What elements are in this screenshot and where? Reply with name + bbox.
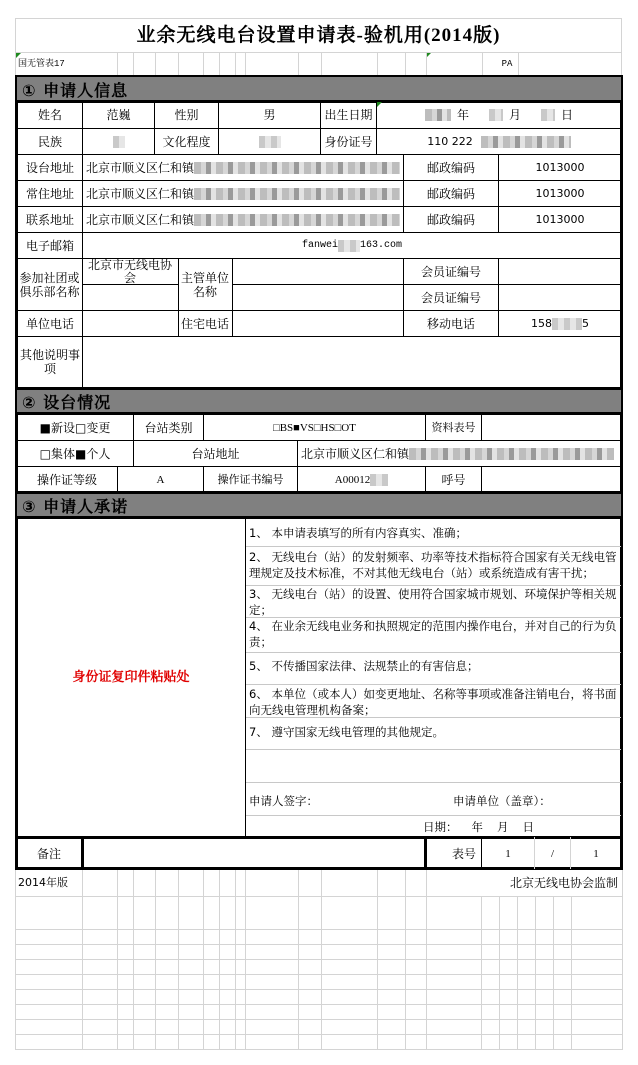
member-no-label-2: 会员证编号 — [404, 285, 498, 310]
birth-day-label: 日 — [561, 108, 573, 122]
callsign-value[interactable] — [482, 467, 621, 492]
date-label: 日期： — [423, 820, 458, 834]
email-label: 电子邮箱 — [18, 233, 82, 258]
unit-seal-label: 申请单位（盖章）： — [450, 785, 620, 816]
club-value[interactable]: 北京市无线电协会 — [83, 259, 177, 284]
sheet-separator: / — [535, 839, 570, 868]
promise-item-4: 4、 在业余无线电业务和执照规定的范围内操作电台，并对自己的行为负责； — [247, 618, 621, 652]
birth-date-value[interactable]: 年 月 日 — [377, 102, 621, 128]
postcode-label-2: 邮政编码 — [404, 181, 498, 206]
date-month-label: 月 — [497, 820, 509, 834]
birth-date-label: 出生日期 — [321, 102, 376, 128]
mobile-prefix: 158 — [531, 317, 552, 331]
form-code: 国无管表17 — [15, 53, 115, 75]
education-value[interactable] — [219, 129, 320, 154]
cert-no-prefix: A00012 — [335, 473, 370, 487]
redacted-month — [489, 109, 503, 121]
station-category-checkbox[interactable]: □BS■VS□HS□OT — [204, 415, 425, 440]
gender-value[interactable]: 男 — [219, 102, 320, 128]
mobile-suffix: 5 — [582, 317, 589, 331]
setup-type-checkbox[interactable]: ■新设□变更 — [17, 415, 133, 440]
redacted-id — [481, 136, 571, 148]
data-table-label: 资料表号 — [426, 415, 481, 440]
birth-year-label: 年 — [457, 108, 469, 122]
birth-month-label: 月 — [509, 108, 521, 122]
gender-label: 性别 — [155, 102, 218, 128]
section-promise-header: ③ 申请人承诺 — [17, 494, 621, 517]
other-notes-value[interactable] — [83, 337, 621, 387]
cert-level-value[interactable]: A — [118, 467, 203, 492]
redacted-address — [409, 448, 614, 460]
redacted-mobile — [552, 318, 582, 330]
club-label: 参加社团或俱乐部名称 — [17, 259, 82, 310]
postcode-label-1: 邮政编码 — [404, 155, 498, 180]
redacted-address — [194, 162, 400, 174]
redacted-year — [425, 109, 451, 121]
remark-value[interactable] — [84, 839, 424, 868]
id-number-label: 身份证号 — [321, 129, 376, 154]
education-label: 文化程度 — [155, 129, 218, 154]
mobile-label: 移动电话 — [404, 311, 498, 336]
residence-address-text: 北京市顺义区仁和镇 — [86, 187, 194, 201]
redacted-education — [259, 136, 281, 148]
contact-address-label: 联系地址 — [18, 207, 82, 232]
residence-address-value[interactable]: 北京市顺义区仁和镇 — [83, 181, 403, 206]
mobile-value[interactable]: 158 5 — [499, 311, 621, 336]
redacted-cert-no — [370, 474, 388, 486]
member-no-value-2[interactable] — [499, 285, 621, 310]
home-phone-value[interactable] — [233, 311, 403, 336]
member-no-value-1[interactable] — [499, 259, 621, 284]
supervisor-value-1[interactable] — [233, 259, 403, 284]
home-phone-label: 住宅电话 — [179, 311, 231, 336]
club-value-2[interactable] — [83, 285, 177, 310]
redacted-address — [194, 188, 400, 200]
id-number-value[interactable]: 110 222 — [377, 129, 621, 154]
redacted-address — [194, 214, 400, 226]
callsign-label: 呼号 — [426, 467, 481, 492]
id-number-prefix: 110 222 — [427, 135, 473, 149]
sign-date[interactable]: 日期： 年 月 日 — [420, 816, 620, 837]
remark-label: 备注 — [17, 839, 81, 868]
page-title: 业余无线电台设置申请表-验机用(2014版) — [15, 19, 622, 52]
section-station-header: ② 设台情况 — [17, 390, 621, 413]
section-applicant-header: ① 申请人信息 — [17, 77, 621, 101]
station-address-value[interactable]: 北京市顺义区仁和镇 — [83, 155, 403, 180]
promise-item-3: 3、 无线电台（站）的设置、使用符合国家城市规划、环境保护等相关规定； — [247, 586, 621, 617]
applicant-signature-label: 申请人签字： — [246, 785, 396, 816]
sheet-total[interactable]: 1 — [571, 839, 621, 868]
promise-item-2: 2、 无线电台（站）的发射频率、功率等技术指标符合国家有关无线电管理规定及技术标… — [247, 549, 621, 585]
promise-item-6: 6、 本单位（或本人）如变更地址、名称等事项或准备注销电台，将书面向无线电管理机… — [247, 686, 621, 718]
supervisor-value-2[interactable] — [233, 285, 403, 310]
email-value[interactable]: fanwei 163.com — [83, 233, 621, 258]
station-address-label-2: 台站地址 — [134, 441, 297, 466]
postcode-value-1[interactable]: 1013000 — [499, 155, 621, 180]
ownership-checkbox[interactable]: □集体■个人 — [17, 441, 133, 466]
residence-address-label: 常住地址 — [18, 181, 82, 206]
form-code-right: PA — [482, 53, 532, 75]
cert-level-label: 操作证等级 — [17, 467, 117, 492]
member-no-label-1: 会员证编号 — [404, 259, 498, 284]
sheet-current[interactable]: 1 — [482, 839, 534, 868]
other-notes-label: 其他说明事项 — [18, 337, 82, 387]
promise-item-5: 5、 不传播国家法律、法规禁止的有害信息； — [247, 653, 621, 685]
id-copy-paste-area[interactable]: 身份证复印件粘贴处 — [17, 519, 245, 837]
redacted-ethnicity — [113, 136, 125, 148]
contact-address-value[interactable]: 北京市顺义区仁和镇 — [83, 207, 403, 232]
station-address-text-2: 北京市顺义区仁和镇 — [301, 447, 409, 461]
date-day-label: 日 — [523, 820, 535, 834]
promise-item-7: 7、 遵守国家无线电管理的其他规定。 — [247, 720, 621, 748]
postcode-value-3[interactable]: 1013000 — [499, 207, 621, 232]
contact-address-text: 北京市顺义区仁和镇 — [86, 213, 194, 227]
supervisor-credit: 北京无线电协会监制 — [426, 870, 622, 896]
work-phone-label: 单位电话 — [18, 311, 82, 336]
sheet-no-label: 表号 — [427, 839, 480, 868]
promise-item-1: 1、 本申请表填写的所有内容真实、准确； — [247, 520, 621, 546]
station-category-label: 台站类别 — [134, 415, 203, 440]
data-table-value[interactable] — [482, 415, 621, 440]
cert-no-label: 操作证书编号 — [204, 467, 297, 492]
ethnicity-value[interactable] — [83, 129, 154, 154]
station-address-text: 北京市顺义区仁和镇 — [86, 161, 194, 175]
cert-no-value[interactable]: A00012 — [298, 467, 425, 492]
date-year-label: 年 — [472, 820, 484, 834]
email-prefix: fanwei — [302, 239, 338, 253]
version-label: 2014年版 — [15, 870, 82, 896]
name-value[interactable]: 范巍 — [83, 102, 154, 128]
redacted-email — [338, 240, 360, 252]
redacted-day — [541, 109, 555, 121]
work-phone-value[interactable] — [83, 311, 177, 336]
supervisor-label: 主管单位名称 — [179, 259, 231, 310]
postcode-value-2[interactable]: 1013000 — [499, 181, 621, 206]
ethnicity-label: 民族 — [18, 129, 82, 154]
name-label: 姓名 — [18, 102, 82, 128]
email-suffix: 163.com — [360, 239, 402, 253]
station-address-label: 设台地址 — [18, 155, 82, 180]
station-address-value-2[interactable]: 北京市顺义区仁和镇 — [298, 441, 621, 466]
postcode-label-3: 邮政编码 — [404, 207, 498, 232]
